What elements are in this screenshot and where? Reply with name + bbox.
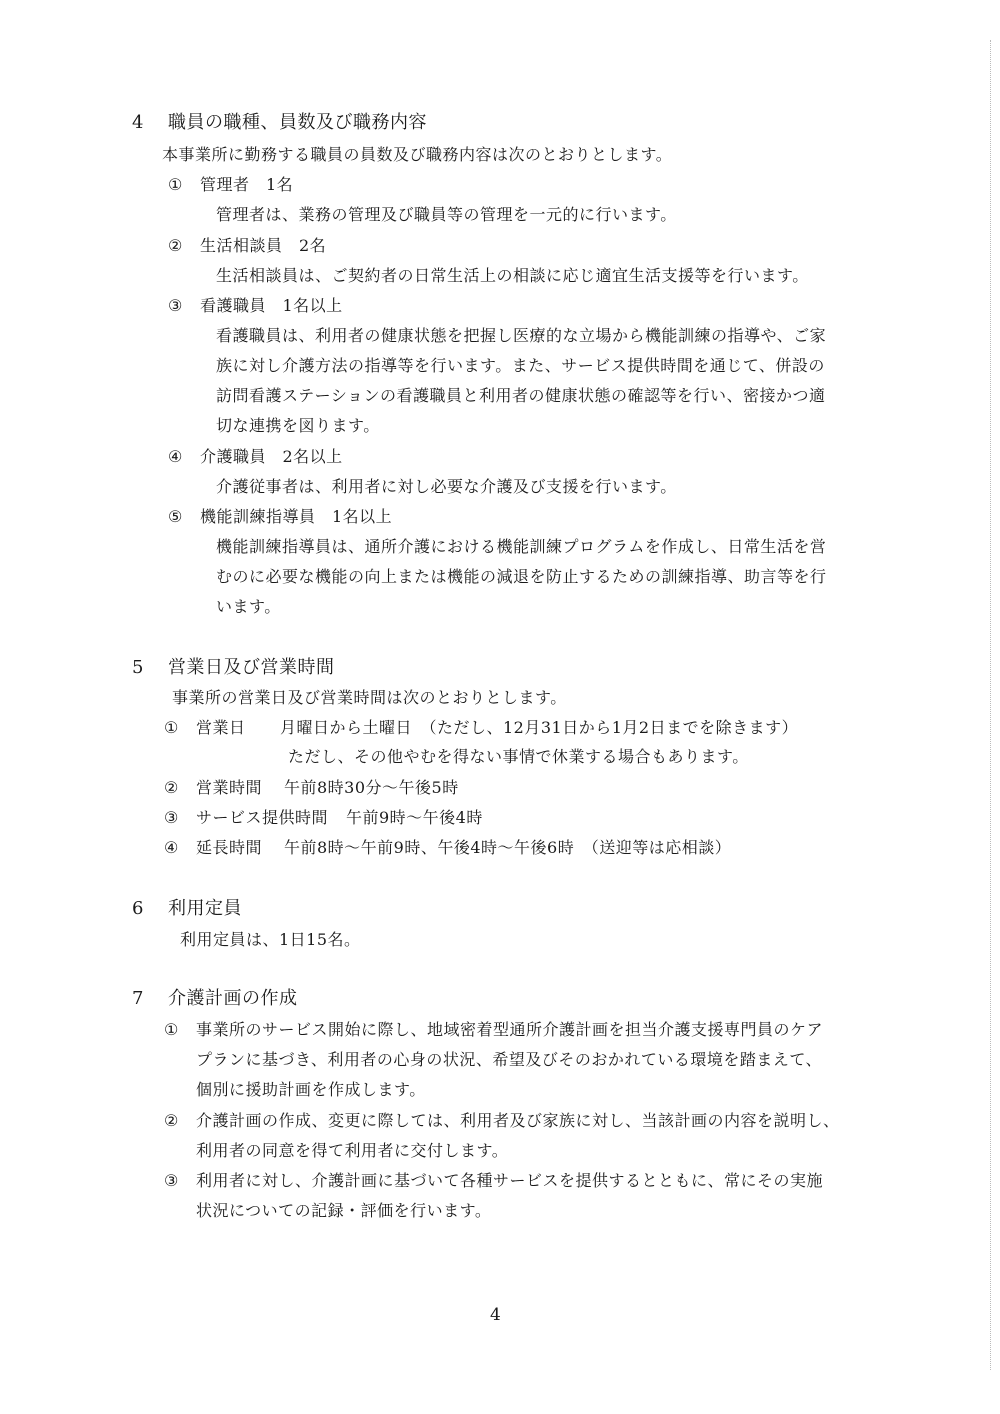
item-label: 延長時間 [196,838,284,858]
item-marker: ③ [168,296,200,316]
plan-item-3-line: 状況についての記録・評価を行います。 [196,1201,491,1221]
item-marker: ④ [164,838,196,858]
hours-item-4: ④延長時間午前8時～午前9時、午後4時～午後6時 （送迎等は応相談） [164,838,731,858]
staff-item-5-body-line: 機能訓練指導員は、通所介護における機能訓練プログラムを作成し、日常生活を営 [216,537,826,557]
item-marker: ② [164,778,196,798]
item-marker: ① [164,718,196,738]
section-6-heading: 6利用定員 [132,898,242,920]
section-number: 4 [132,112,168,134]
hours-item-3: ③サービス提供時間午前9時～午後4時 [164,808,483,828]
item-label: 生活相談員 2名 [200,236,326,255]
section-4-intro: 本事業所に勤務する職員の員数及び職務内容は次のとおりとします。 [162,145,672,165]
plan-item-1-line: プランに基づき、利用者の心身の状況、希望及びそのおかれている環境を踏まえて、 [196,1050,822,1070]
item-marker: ① [168,175,200,195]
section-title: 営業日及び営業時間 [168,657,335,678]
staff-item-2-body: 生活相談員は、ご契約者の日常生活上の相談に応じ適宜生活支援等を行います。 [216,266,809,286]
section-number: 5 [132,657,168,679]
staff-item-5-body-line: むのに必要な機能の向上または機能の減退を防止するための訓練指導、助言等を行 [216,567,827,587]
item-marker: ③ [164,808,196,828]
plan-item-1-line: 個別に援助計画を作成します。 [196,1080,426,1100]
scan-edge-mark [990,40,992,1370]
item-label: 管理者 1名 [200,175,293,194]
item-label: サービス提供時間 [196,808,346,828]
plan-item-2: ②介護計画の作成、変更に際しては、利用者及び家族に対し、当該計画の内容を説明し、 [164,1111,840,1131]
item-marker: ③ [164,1171,196,1191]
item-marker: ⑤ [168,507,200,527]
staff-item-3-body-line: 看護職員は、利用者の健康状態を把握し医療的な立場から機能訓練の指導や、ご家 [216,326,826,346]
staff-item-5: ⑤機能訓練指導員 1名以上 [168,507,392,527]
staff-item-5-body-line: います。 [216,597,281,617]
item-value: 午前8時30分～午後5時 [284,778,459,797]
section-5-intro: 事業所の営業日及び営業時間は次のとおりとします。 [172,688,567,708]
staff-item-4: ④介護職員 2名以上 [168,447,343,467]
section-4-heading: 4職員の職種、員数及び職務内容 [132,112,427,134]
item-label: 看護職員 1名以上 [200,296,343,315]
item-marker: ④ [168,447,200,467]
section-7-heading: 7介護計画の作成 [132,988,298,1010]
section-title: 職員の職種、員数及び職務内容 [168,112,427,133]
hours-item-2: ②営業時間午前8時30分～午後5時 [164,778,459,798]
item-label: 介護職員 2名以上 [200,447,343,466]
section-title: 介護計画の作成 [168,988,298,1009]
page-number: 4 [490,1305,501,1325]
item-value: 午前8時～午前9時、午後4時～午後6時 （送迎等は応相談） [284,838,731,857]
item-marker: ② [168,236,200,256]
staff-item-2: ②生活相談員 2名 [168,236,326,256]
item-line: 事業所のサービス開始に際し、地域密着型通所介護計画を担当介護支援専門員のケア [196,1020,823,1039]
item-value: 月曜日から土曜日 （ただし、12月31日から1月2日までを除きます） [280,718,798,737]
section-number: 7 [132,988,168,1010]
section-number: 6 [132,898,168,920]
section-5-heading: 5営業日及び営業時間 [132,657,335,679]
staff-item-3: ③看護職員 1名以上 [168,296,343,316]
item-label: 営業日 [196,718,280,738]
staff-item-3-body-line: 訪問看護ステーションの看護職員と利用者の健康状態の確認等を行い、密接かつ適 [216,386,826,406]
hours-item-1-note: ただし、その他やむを得ない事情で休業する場合もあります。 [288,747,749,767]
item-line: 利用者に対し、介護計画に基づいて各種サービスを提供するとともに、常にその実施 [196,1171,823,1190]
hours-item-1: ①営業日月曜日から土曜日 （ただし、12月31日から1月2日までを除きます） [164,718,798,738]
item-value: 午前9時～午後4時 [346,808,483,827]
staff-item-4-body: 介護従事者は、利用者に対し必要な介護及び支援を行います。 [216,477,677,497]
plan-item-3: ③利用者に対し、介護計画に基づいて各種サービスを提供するとともに、常にその実施 [164,1171,823,1191]
section-6-body: 利用定員は、1日15名。 [180,930,361,950]
item-label: 営業時間 [196,778,284,798]
plan-item-2-line: 利用者の同意を得て利用者に交付します。 [196,1141,508,1161]
staff-item-3-body-line: 族に対し介護方法の指導等を行います。また、サービス提供時間を通じて、併設の [216,356,825,376]
item-label: 機能訓練指導員 1名以上 [200,507,392,526]
item-line: 介護計画の作成、変更に際しては、利用者及び家族に対し、当該計画の内容を説明し、 [196,1111,840,1130]
staff-item-3-body-line: 切な連携を図ります。 [216,416,380,436]
item-marker: ① [164,1020,196,1040]
document-page: 4職員の職種、員数及び職務内容 本事業所に勤務する職員の員数及び職務内容は次のと… [0,0,1000,1414]
section-title: 利用定員 [168,898,242,919]
staff-item-1-body: 管理者は、業務の管理及び職員等の管理を一元的に行います。 [216,205,677,225]
staff-item-1: ①管理者 1名 [168,175,293,195]
plan-item-1: ①事業所のサービス開始に際し、地域密着型通所介護計画を担当介護支援専門員のケア [164,1020,823,1040]
item-marker: ② [164,1111,196,1131]
